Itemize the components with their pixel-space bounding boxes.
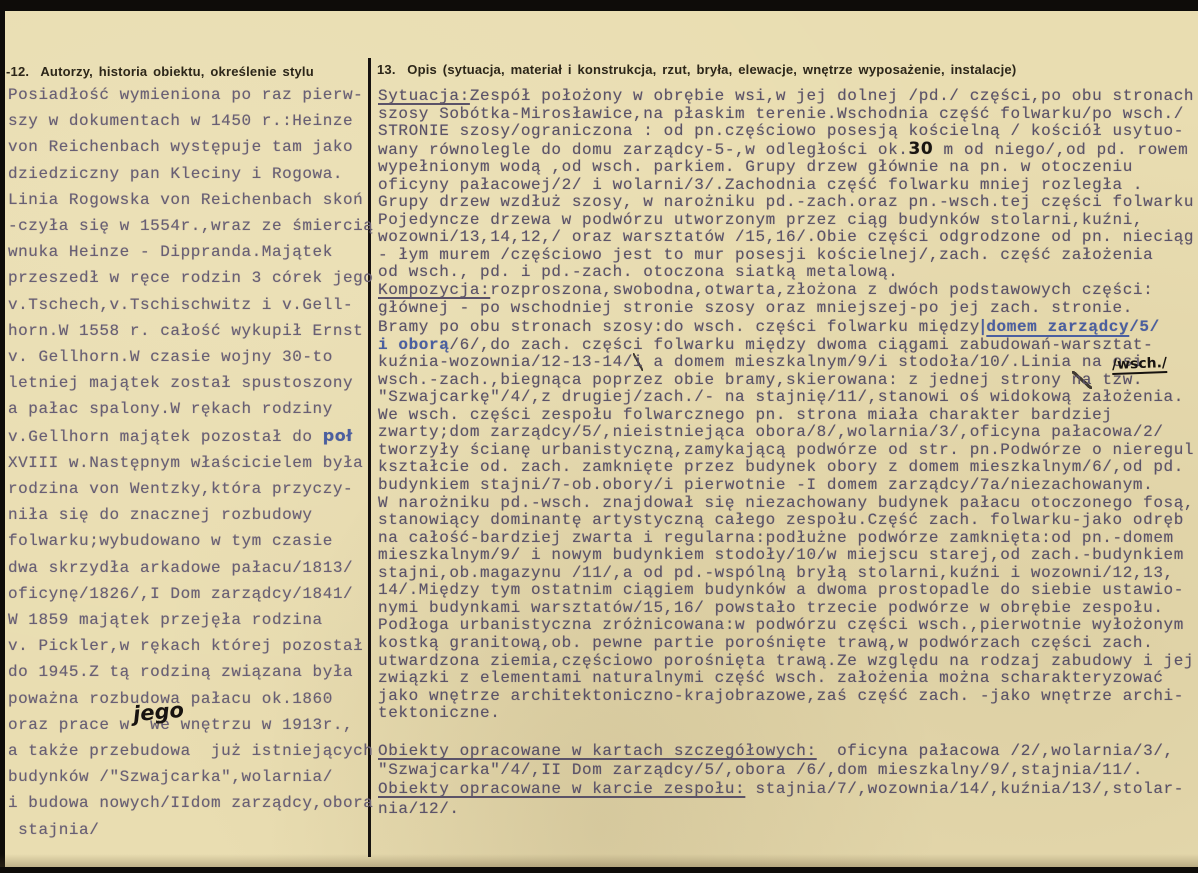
text-line: od wsch., pd. i pd.-zach. otoczona siatk…	[378, 264, 1198, 282]
handwritten-note: jego	[132, 698, 185, 726]
text-line: Kompozycja:rozproszona,swobodna,otwarta,…	[378, 282, 1198, 300]
text-line: stajni,ob.magazynu /11/,a od pd.-wspólną…	[378, 565, 1198, 583]
text-line: oraz prace w we wnętrzu w 1913r.,	[8, 712, 374, 738]
text-line: oficyny pałacowej/2/ i wolarni/3/.Zachod…	[378, 177, 1198, 195]
text-line: von Reichenbach występuje tam jako	[8, 134, 374, 160]
text-line: v.Gellhorn majątek pozostał do poł	[8, 423, 374, 450]
text-line: letniej majątek został spustoszony	[8, 370, 374, 396]
section-12-header: -12. Autorzy, historia obiektu, określen…	[6, 64, 314, 79]
text-line: i oborą/6/,do zach. części folwarku międ…	[378, 337, 1198, 355]
text-line: - łym murem /częściowo jest to mur poses…	[378, 247, 1198, 265]
text-line: utwardzona ziemia,częściowo porośnięta t…	[378, 653, 1198, 671]
handwritten-note: /wsch./	[1112, 355, 1168, 375]
text-line: STRONIE szosy/ograniczona : od pn.części…	[378, 123, 1198, 141]
section-12-text: Posiadłość wymieniona po raz pierw-szy w…	[8, 82, 374, 843]
text-line: 14/.Między tym ostatnim ciągiem budynków…	[378, 582, 1198, 600]
text-line: kuźnia-wozownia/12-13-14/i a domem miesz…	[378, 354, 1198, 372]
text-line: na całość-bardziej zwarta i regularna:po…	[378, 530, 1198, 548]
text-line: szy w dokumentach w 1450 r.:Heinze	[8, 108, 374, 134]
text-line: wsch.-zach.,biegnąca poprzez obie bramy,…	[378, 372, 1198, 390]
text-line: kształcie od. zach. zamknięte przez budy…	[378, 459, 1198, 477]
text-line: do 1945.Z tą rodziną związana była	[8, 659, 374, 685]
text-line: folwarku;wybudowano w tym czasie	[8, 528, 374, 554]
text-line: poważna rozbudowa pałacu ok.1860	[8, 686, 374, 712]
text-line: tworzyły ścianę urbanistyczną,zamykającą…	[378, 442, 1198, 460]
text-line: "Szwajcarka"/4/,II Dom zarządcy/5/,obora…	[378, 761, 1198, 780]
text-line: Posiadłość wymieniona po raz pierw-	[8, 82, 374, 108]
text-line: budynków /"Szwajcarka",wolarnia/	[8, 764, 374, 790]
text-line: głównej - po wschodniej stronie szosy or…	[378, 300, 1198, 318]
scan-edge-top	[0, 0, 1198, 11]
text-line: oficynę/1826/,I Dom zarządcy/1841/	[8, 581, 374, 607]
text-line: Grupy drzew wzdłuż szosy, w narożniku pd…	[378, 194, 1198, 212]
text-line: nia/12/.	[378, 800, 1198, 819]
text-line: i budowa nowych/IIdom zarządcy,obora	[8, 790, 374, 816]
text-line: wany równolegle do domu zarządcy-5-,w od…	[378, 141, 1198, 160]
text-line: horn.W 1558 r. całość wykupił Ernst	[8, 318, 374, 344]
text-line: przeszedł w ręce rodzin 3 córek jego	[8, 265, 374, 291]
text-line: a pałac spalony.W rękach rodziny	[8, 396, 374, 422]
text-line: We wsch. części zespołu folwarcznego pn.…	[378, 407, 1198, 425]
text-line: wypełnionym wodą ,od wsch. parkiem. Grup…	[378, 159, 1198, 177]
text-line: szosy Sobótka-Mirosławice,na płaskim ter…	[378, 106, 1198, 124]
text-line: mieszkalnym/9/ i nowym budynkiem stodoły…	[378, 547, 1198, 565]
scan-edge-bottom	[0, 867, 1198, 873]
text-line: -czyła się w 1554r.,wraz ze śmiercią	[8, 213, 374, 239]
text-line: jako wnętrze architektoniczno-krajobrazo…	[378, 688, 1198, 706]
text-line: tektoniczne.	[378, 705, 1198, 723]
text-line: wnuka Heinze - Dippranda.Majątek	[8, 239, 374, 265]
text-line: v.Tschech,v.Tschischwitz i v.Gell-	[8, 292, 374, 318]
text-line: Sytuacja:Zespół położony w obrębie wsi,w…	[378, 88, 1198, 106]
text-line: stajnia/	[8, 817, 374, 843]
text-line: "Szwajcarkę"/4/,z drugiej/zach./- na sta…	[378, 389, 1198, 407]
scan-edge-left	[0, 0, 5, 873]
text-line: W narożniku pd.-wsch. znajdował się niez…	[378, 495, 1198, 513]
text-line: dziedziczny pan Kleciny i Rogowa.	[8, 161, 374, 187]
section-13-text: Sytuacja:Zespół położony w obrębie wsi,w…	[378, 88, 1198, 723]
section-13-footer: Obiekty opracowane w kartach szczegółowy…	[378, 742, 1198, 819]
text-line: Obiekty opracowane w kartach szczegółowy…	[378, 742, 1198, 761]
text-line: rodzina von Wentzky,która przyczy-	[8, 476, 374, 502]
text-line: nymi budynkami warsztatów/15,16/ powstał…	[378, 600, 1198, 618]
text-line: niła się do znacznej rozbudowy	[8, 502, 374, 528]
text-line: v. Gellhorn.W czasie wojny 30-to	[8, 344, 374, 370]
section-13-header: 13. Opis (sytuacja, materiał i konstrukc…	[377, 62, 1016, 77]
scan-page: -12. Autorzy, historia obiektu, określen…	[0, 0, 1198, 873]
text-line: stanowiący dominantę artystyczną całego …	[378, 512, 1198, 530]
text-line: kostką granitową,ob. pewne partie porośn…	[378, 635, 1198, 653]
text-line: związki z elementami naturalnymi część w…	[378, 670, 1198, 688]
text-line: budynkiem stajni/7-ob.obory/i pierwotnie…	[378, 477, 1198, 495]
text-line: Bramy po obu stronach szosy:do wsch. czę…	[378, 317, 1198, 337]
text-line: wozowni/13,14,12,/ oraz warsztatów /15,1…	[378, 229, 1198, 247]
text-line: dwa skrzydła arkadowe pałacu/1813/	[8, 555, 374, 581]
text-line: Obiekty opracowane w karcie zespołu: sta…	[378, 780, 1198, 799]
text-line: XVIII w.Następnym właścicielem była	[8, 450, 374, 476]
text-line: W 1859 majątek przejęła rodzina	[8, 607, 374, 633]
text-line: Pojedyncze drzewa w podwórzu utworzonym …	[378, 212, 1198, 230]
text-line: zwarty;dom zarządcy/5/,nieistniejąca obo…	[378, 424, 1198, 442]
text-line: a także przebudowa już istniejących	[8, 738, 374, 764]
text-line: v. Pickler,w rękach której pozostał	[8, 633, 374, 659]
text-line: Podłoga urbanistyczna zróżnicowana:w pod…	[378, 617, 1198, 635]
paper-crease	[0, 854, 1198, 867]
text-line: Linia Rogowska von Reichenbach skoń	[8, 187, 374, 213]
